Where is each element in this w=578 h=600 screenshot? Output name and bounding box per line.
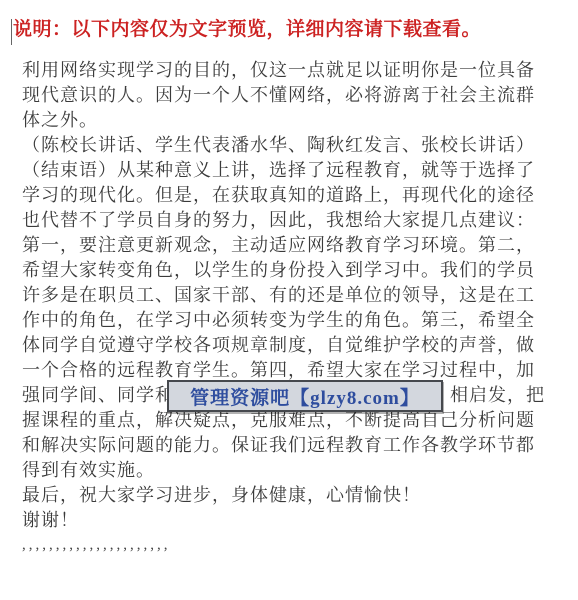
text-line: 得到有效实施。 [22,458,562,483]
text-line: （陈校长讲话、学生代表潘水华、陶秋红发言、张校长讲话） [22,133,562,158]
split-line-left: 强同学间、同学和 [22,385,174,405]
text-cursor [11,19,12,45]
text-line: 也代替不了学员自身的努力，因此，我想给大家提几点建议： [22,208,562,233]
ellipsis-row: ,,,,,,,,,,,,,,,,,,,,,, [22,533,562,558]
preview-page: 说明：以下内容仅为文字预览，详细内容请下载查看。 利用网络实现学习的目的，仅这一… [0,0,578,600]
text-line: 许多是在职员工、国家干部、有的还是单位的领导，这是在工 [22,283,562,308]
text-line: 现代意识的人。因为一个人不懂网络，必将游离于社会主流群 [22,83,562,108]
text-line: 希望大家转变角色，以学生的身份投入到学习中。我们的学员 [22,258,562,283]
text-line: 谢谢！ [22,508,562,533]
text-line: 最后，祝大家学习进步，身体健康，心情愉快！ [22,483,562,508]
text-line: 体之外。 [22,108,562,133]
split-line-right: 相启发，把 [450,385,545,405]
text-line: 和解决实际问题的能力。保证我们远程教育工作各教学环节都 [22,433,562,458]
text-line: 体同学自觉遵守学校各项规章制度，自觉维护学校的声誉，做 [22,333,562,358]
watermark-badge: 管理资源吧【glzy8.com】 [167,380,443,412]
document-body: 利用网络实现学习的目的，仅这一点就足以证明你是一位具备 现代意识的人。因为一个人… [22,58,562,558]
text-line: （结束语）从某种意义上讲，选择了远程教育，就等于选择了 [22,158,562,183]
text-line: 利用网络实现学习的目的，仅这一点就足以证明你是一位具备 [22,58,562,83]
preview-notice: 说明：以下内容仅为文字预览，详细内容请下载查看。 [13,14,481,41]
text-line: 作中的角色，在学习中必须转变为学生的角色。第三，希望全 [22,308,562,333]
text-line: 学习的现代化。但是，在获取真知的道路上，再现代化的途径 [22,183,562,208]
text-line: 第一，要注意更新观念，主动适应网络教育学习环境。第二， [22,233,562,258]
